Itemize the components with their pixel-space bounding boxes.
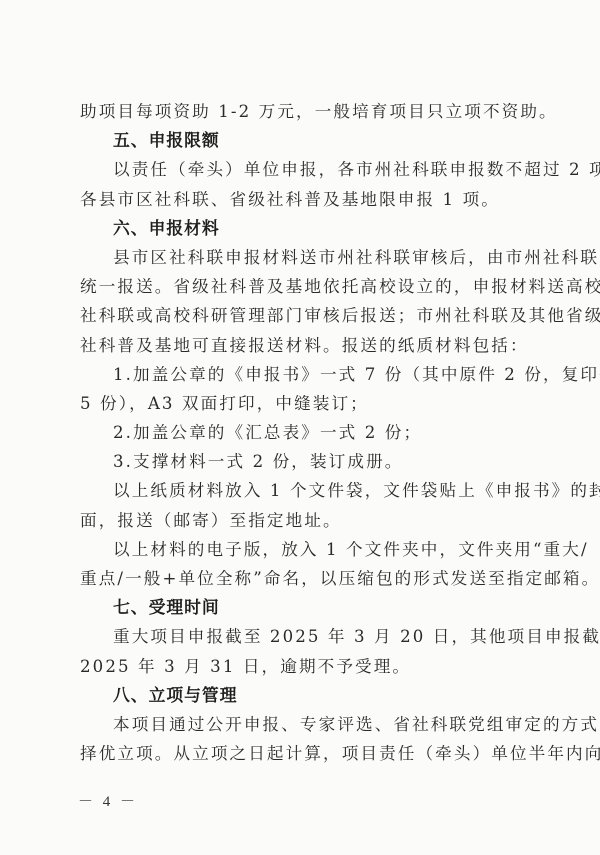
paragraph-line: 统一报送。省级社科普及基地依托高校设立的，申报材料送高校 <box>80 272 546 301</box>
paragraph-line: 重大项目申报截至 2025 年 3 月 20 日，其他项目申报截至 <box>80 622 546 651</box>
paragraph-line: 社科联或高校科研管理部门审核后报送；市州社科联及其他省级 <box>80 301 546 330</box>
paragraph-line: 县市区社科联申报材料送市州社科联审核后，由市州社科联 <box>80 243 546 272</box>
paragraph-line: 以上纸质材料放入 1 个文件袋，文件袋贴上《申报书》的封 <box>80 476 546 505</box>
paragraph-line: 助项目每项资助 1-2 万元，一般培育项目只立项不资助。 <box>80 97 546 126</box>
paragraph-line: 2025 年 3 月 31 日，逾期不予受理。 <box>80 652 546 681</box>
paragraph-line: 以上材料的电子版，放入 1 个文件夹中，文件夹用“重大/ <box>80 535 546 564</box>
section-heading-materials: 六、申报材料 <box>80 214 546 243</box>
section-heading-deadline: 七、受理时间 <box>80 593 546 622</box>
list-item-1: 1.加盖公章的《申报书》一式 7 份（其中原件 2 份，复印件 <box>80 360 546 389</box>
list-item-2: 2.加盖公章的《汇总表》一式 2 份； <box>80 418 546 447</box>
paragraph-line: 本项目通过公开申报、专家评选、省社科联党组审定的方式 <box>80 710 546 739</box>
list-item-3: 3.支撑材料一式 2 份，装订成册。 <box>80 447 546 476</box>
page-number: － 4 － <box>78 790 138 811</box>
paragraph-line: 5 份），A3 双面打印，中缝装订； <box>80 389 546 418</box>
section-heading-approval: 八、立项与管理 <box>80 681 546 710</box>
paragraph-line: 以责任（牵头）单位申报，各市州社科联申报数不超过 2 项， <box>80 155 546 184</box>
paragraph-line: 社科普及基地可直接报送材料。报送的纸质材料包括： <box>80 331 546 360</box>
document-body: 助项目每项资助 1-2 万元，一般培育项目只立项不资助。 五、申报限额 以责任（… <box>80 97 546 768</box>
paragraph-line: 重点/一般+单位全称”命名，以压缩包的形式发送至指定邮箱。 <box>80 564 546 593</box>
paragraph-line: 择优立项。从立项之日起计算，项目责任（牵头）单位半年内向 <box>80 739 546 768</box>
paragraph-line: 面，报送（邮寄）至指定地址。 <box>80 506 546 535</box>
paragraph-line: 各县市区社科联、省级社科普及基地限申报 1 项。 <box>80 185 546 214</box>
section-heading-quota: 五、申报限额 <box>80 126 546 155</box>
